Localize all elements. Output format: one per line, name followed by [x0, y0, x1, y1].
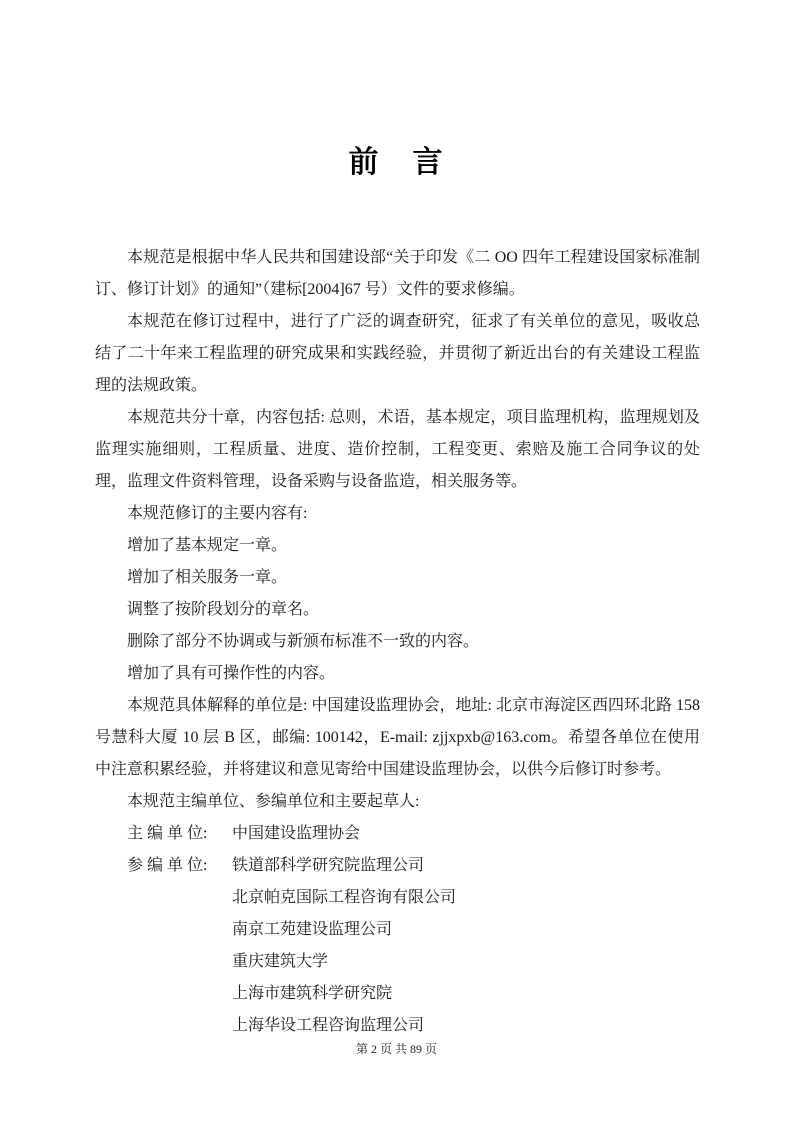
participant-unit: 南京工苑建设监理公司 [232, 914, 700, 946]
revision-item: 增加了相关服务一章。 [95, 562, 700, 594]
document-title: 前 言 [0, 141, 793, 185]
paragraph: 本规范具体解释的单位是: 中国建设监理协会，地址: 北京市海淀区西四环北路 15… [95, 690, 700, 786]
revision-item: 调整了按阶段划分的章名。 [95, 594, 700, 626]
participant-editor-label-spacer [127, 914, 232, 946]
paragraph: 本规范修订的主要内容有: [95, 498, 700, 530]
participant-editor-row: 参 编 单 位: 铁道部科学研究院监理公司 [95, 850, 700, 882]
revision-item: 增加了基本规定一章。 [95, 530, 700, 562]
participant-unit: 铁道部科学研究院监理公司 [232, 850, 700, 882]
chief-editor-row: 主 编 单 位: 中国建设监理协会 [95, 818, 700, 850]
participant-editor-row: 上海华设工程咨询监理公司 [95, 1010, 700, 1042]
revision-item: 增加了具有可操作性的内容。 [95, 658, 700, 690]
participant-editor-label-spacer [127, 882, 232, 914]
participant-editor-row: 重庆建筑大学 [95, 946, 700, 978]
participant-unit: 上海市建筑科学研究院 [232, 978, 700, 1010]
document-body: 本规范是根据中华人民共和国建设部“关于印发《二 OO 四年工程建设国家标准制订、… [95, 242, 700, 1042]
participant-editor-row: 北京帕克国际工程咨询有限公司 [95, 882, 700, 914]
participant-editor-label-spacer [127, 978, 232, 1010]
chief-editor-label: 主 编 单 位: [127, 818, 232, 850]
paragraph: 本规范主编单位、参编单位和主要起草人: [95, 786, 700, 818]
page-number: 第 2 页 共 89 页 [0, 1040, 793, 1058]
participant-unit: 上海华设工程咨询监理公司 [232, 1010, 700, 1042]
participant-editor-label: 参 编 单 位: [127, 850, 232, 882]
paragraph: 本规范在修订过程中，进行了广泛的调查研究，征求了有关单位的意见，吸收总结了二十年… [95, 306, 700, 402]
participant-editor-row: 南京工苑建设监理公司 [95, 914, 700, 946]
revision-item: 删除了部分不协调或与新颁布标准不一致的内容。 [95, 626, 700, 658]
participant-editor-label-spacer [127, 946, 232, 978]
chief-editor-unit: 中国建设监理协会 [232, 818, 700, 850]
document-page: 前 言 本规范是根据中华人民共和国建设部“关于印发《二 OO 四年工程建设国家标… [0, 0, 793, 1122]
participant-editor-row: 上海市建筑科学研究院 [95, 978, 700, 1010]
participant-unit: 重庆建筑大学 [232, 946, 700, 978]
paragraph: 本规范是根据中华人民共和国建设部“关于印发《二 OO 四年工程建设国家标准制订、… [95, 242, 700, 306]
participant-unit: 北京帕克国际工程咨询有限公司 [232, 882, 700, 914]
participant-editor-label-spacer [127, 1010, 232, 1042]
paragraph: 本规范共分十章，内容包括: 总则，术语，基本规定，项目监理机构，监理规划及监理实… [95, 402, 700, 498]
